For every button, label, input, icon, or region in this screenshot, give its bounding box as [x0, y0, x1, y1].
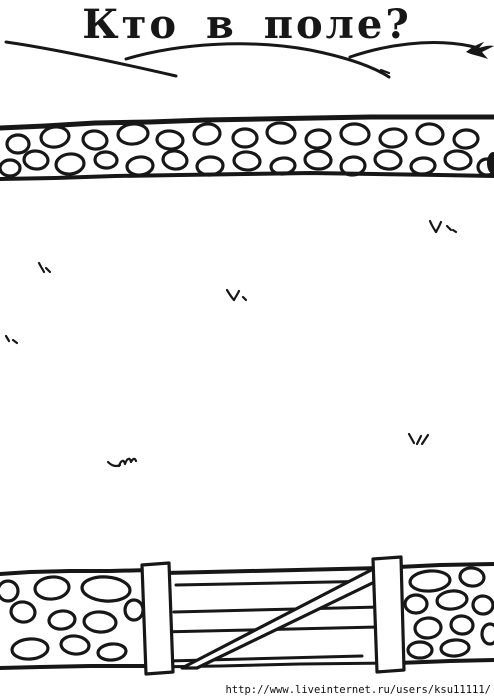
bottom-stone-wall-left: [0, 570, 150, 668]
grass-tuft: [430, 221, 456, 232]
bottom-stone-wall-right: [398, 564, 494, 663]
grass-tuft: [108, 459, 136, 466]
wooden-gate: [142, 557, 404, 674]
grass-tuft: [409, 434, 428, 444]
grass-tuft: [6, 336, 17, 343]
grass-tufts: [6, 221, 456, 466]
gate-diagonal-brace: [182, 566, 391, 668]
hill-outlines: [6, 42, 478, 77]
gate-left-post: [142, 563, 173, 674]
field-illustration: [0, 0, 494, 699]
watermark-url: http://www.liveinternet.ru/users/ksu1111…: [225, 684, 491, 697]
grass-tuft: [39, 263, 50, 272]
gate-right-post: [373, 557, 404, 672]
grass-tuft: [227, 290, 246, 300]
top-stone-wall: [0, 117, 494, 179]
page: Кто в поле?: [0, 0, 494, 699]
